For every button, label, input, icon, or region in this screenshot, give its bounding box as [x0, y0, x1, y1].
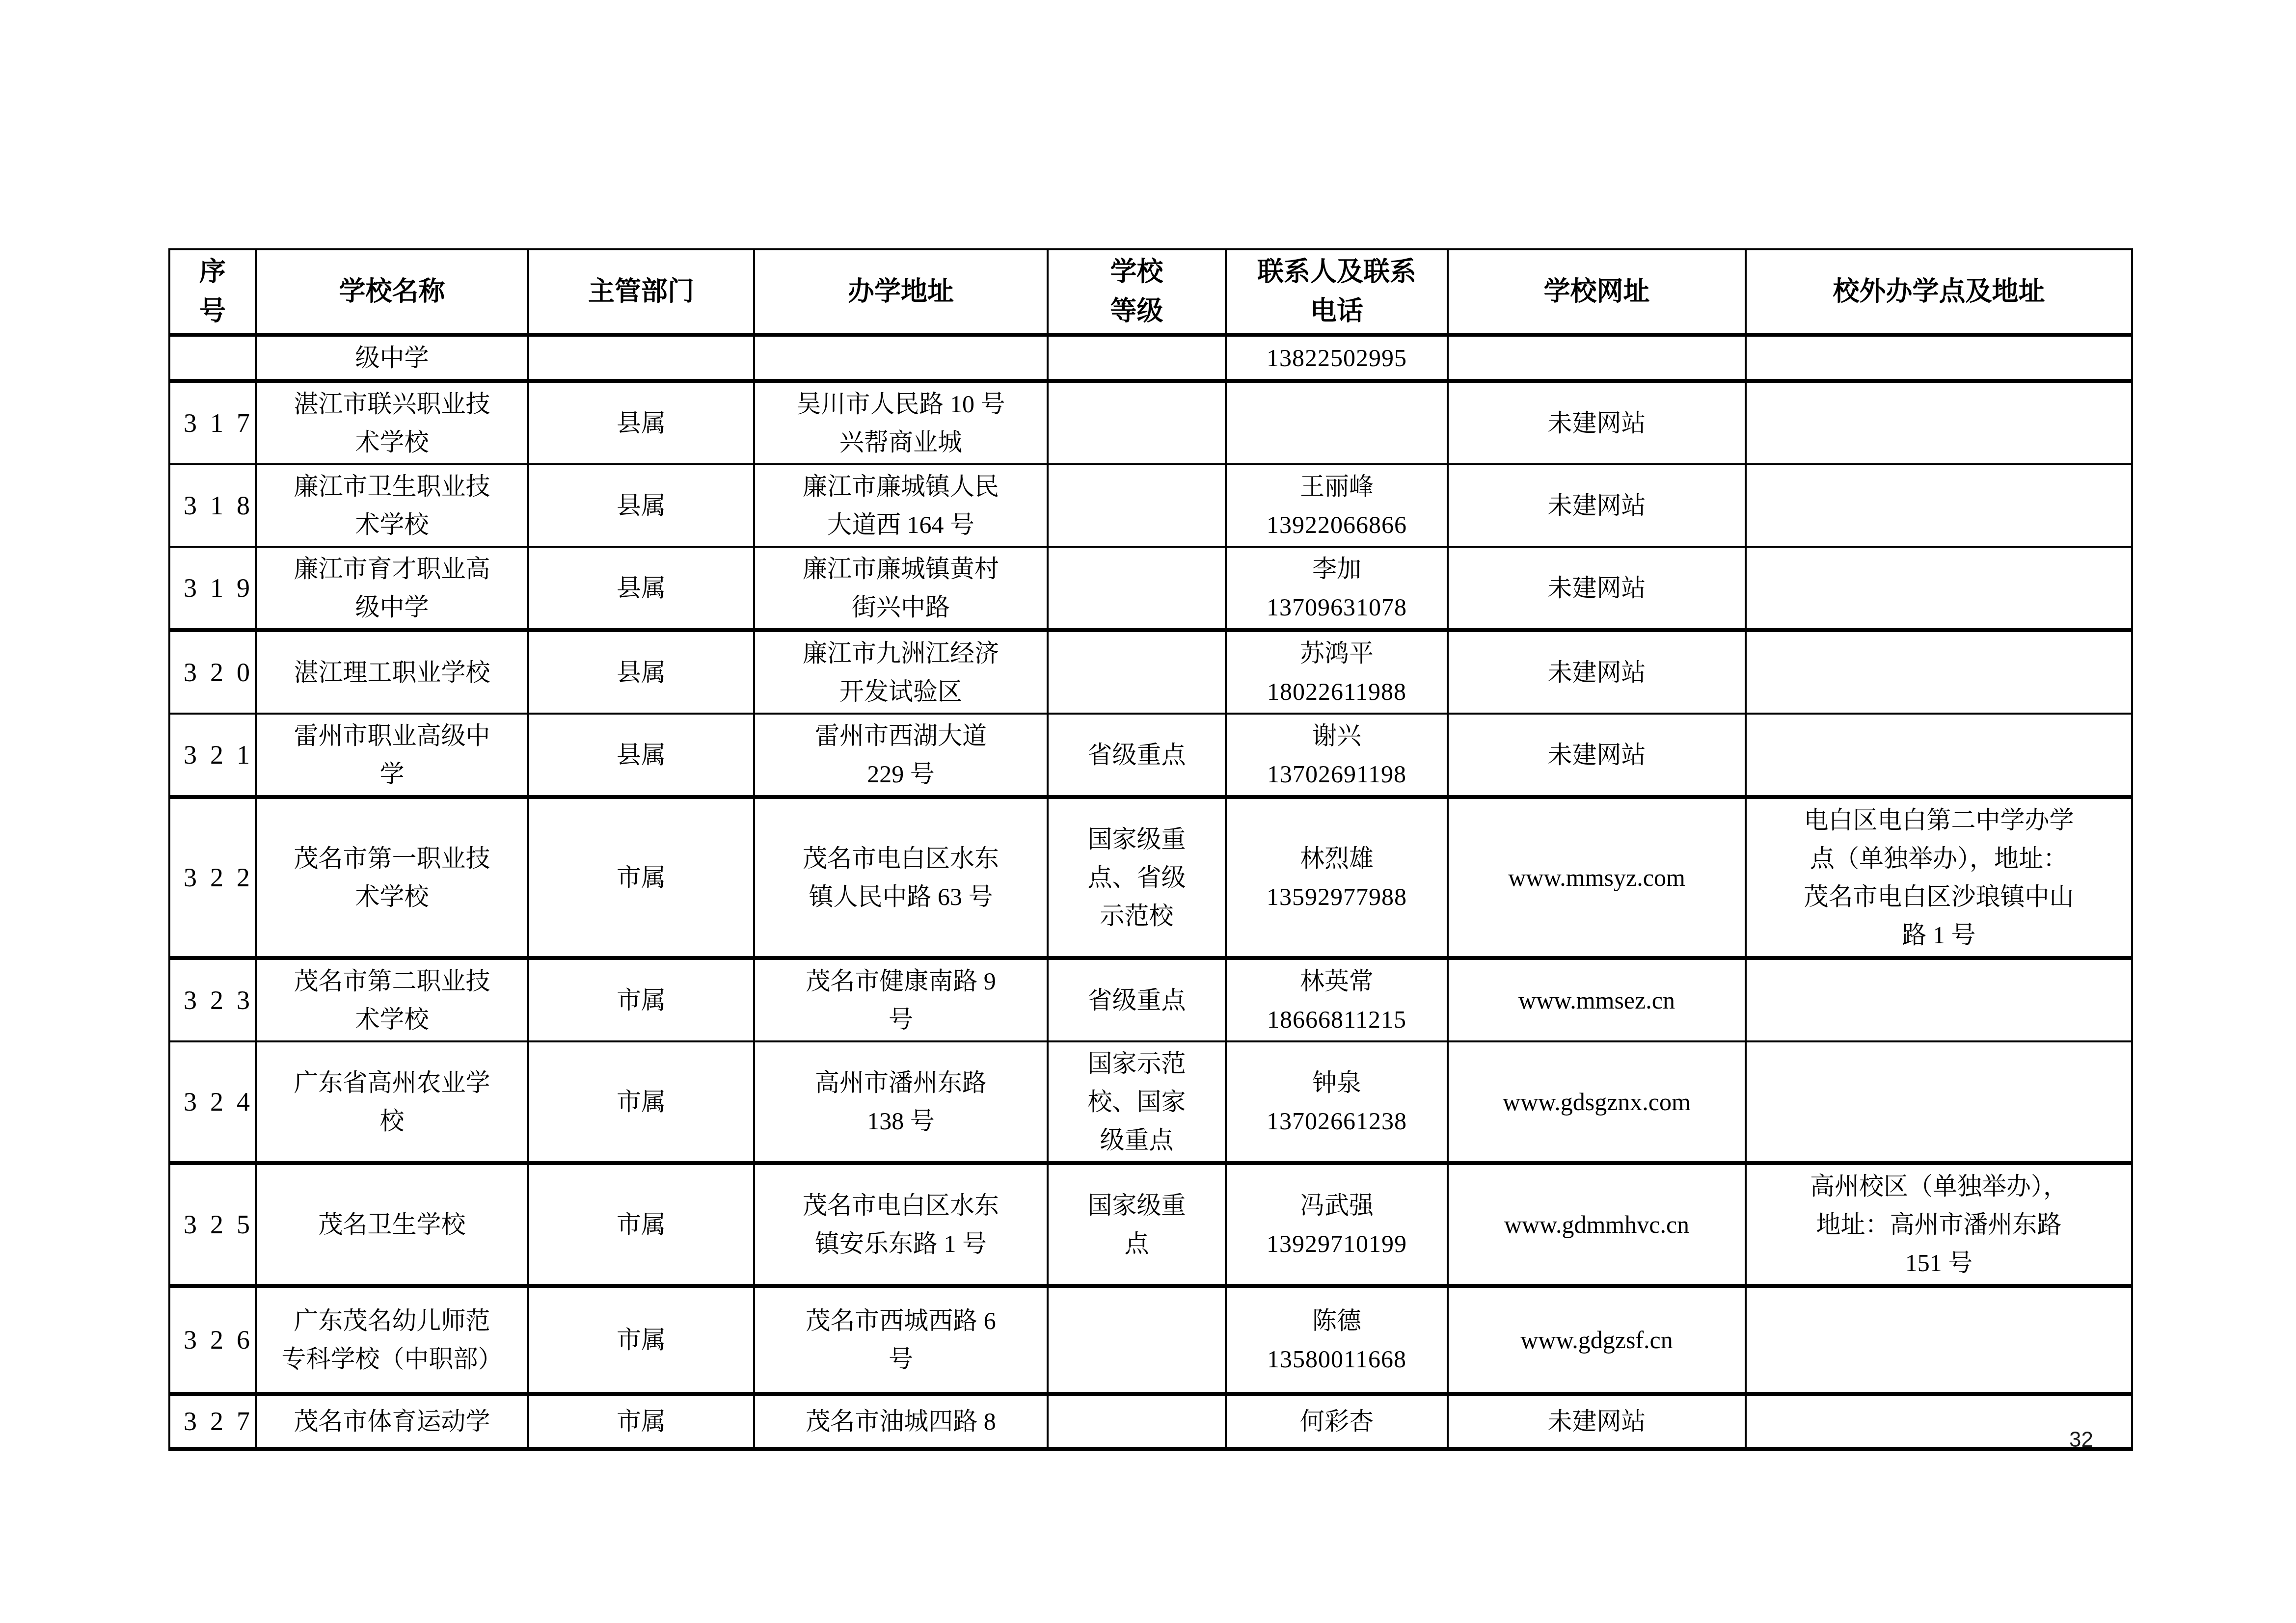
cell-seq: 317	[169, 381, 256, 464]
cell-school-name: 廉江市育才职业高 级中学	[256, 547, 528, 630]
cell-website: 未建网站	[1448, 381, 1746, 464]
cell-offsite	[1746, 335, 2132, 381]
cell-dept: 市属	[528, 1394, 754, 1449]
cell-contact: 何彩杏	[1226, 1394, 1448, 1449]
cell-website: 未建网站	[1448, 714, 1746, 797]
cell-offsite	[1746, 630, 2132, 714]
school-list-table: 序 号 学校名称 主管部门 办学地址 学校 等级 联系人及联系 电话 学校网址 …	[168, 248, 2133, 1451]
table-row: 323 茂名市第二职业技 术学校 市属 茂名市健康南路 9 号 省级重点 林英常…	[169, 958, 2132, 1041]
contact-phone: 13929710199	[1233, 1224, 1441, 1263]
contact-name: 陈德	[1233, 1302, 1441, 1340]
contact-phone: 13709631078	[1233, 588, 1441, 626]
contact-name: 钟泉	[1233, 1064, 1441, 1102]
cell-offsite	[1746, 714, 2132, 797]
cell-address: 雷州市西湖大道 229 号	[754, 714, 1048, 797]
table-row: 326 广东茂名幼儿师范 专科学校（中职部） 市属 茂名市西城西路 6 号 陈德…	[169, 1286, 2132, 1394]
cell-website: www.gdmmhvc.cn	[1448, 1163, 1746, 1286]
cell-level: 省级重点	[1048, 958, 1226, 1041]
cell-level	[1048, 630, 1226, 714]
cell-school-name: 湛江市联兴职业技 术学校	[256, 381, 528, 464]
cell-school-name: 廉江市卫生职业技 术学校	[256, 464, 528, 547]
cell-school-name: 茂名市体育运动学	[256, 1394, 528, 1449]
table-row: 级中学 13822502995	[169, 335, 2132, 381]
cell-level: 国家级重 点	[1048, 1163, 1226, 1286]
page-number: 32	[2069, 1427, 2093, 1453]
cell-offsite	[1746, 1286, 2132, 1394]
cell-address: 吴川市人民路 10 号 兴帮商业城	[754, 381, 1048, 464]
contact-phone: 13822502995	[1233, 339, 1441, 377]
cell-website	[1448, 335, 1746, 381]
cell-school-name: 茂名市第二职业技 术学校	[256, 958, 528, 1041]
cell-dept: 县属	[528, 547, 754, 630]
cell-dept: 县属	[528, 381, 754, 464]
cell-level	[1048, 464, 1226, 547]
cell-offsite	[1746, 464, 2132, 547]
header-offsite: 校外办学点及地址	[1746, 249, 2132, 335]
cell-website: 未建网站	[1448, 630, 1746, 714]
cell-contact: 冯武强13929710199	[1226, 1163, 1448, 1286]
cell-contact: 苏鸿平18022611988	[1226, 630, 1448, 714]
header-seq: 序 号	[169, 249, 256, 335]
cell-contact: 谢兴13702691198	[1226, 714, 1448, 797]
cell-dept: 县属	[528, 714, 754, 797]
cell-seq: 321	[169, 714, 256, 797]
table-row: 318 廉江市卫生职业技 术学校 县属 廉江市廉城镇人民 大道西 164 号 王…	[169, 464, 2132, 547]
cell-address: 廉江市九洲江经济 开发试验区	[754, 630, 1048, 714]
header-address: 办学地址	[754, 249, 1048, 335]
contact-phone: 13592977988	[1233, 878, 1441, 916]
cell-school-name: 雷州市职业高级中 学	[256, 714, 528, 797]
cell-dept: 市属	[528, 797, 754, 958]
cell-seq: 320	[169, 630, 256, 714]
cell-website: www.mmsez.cn	[1448, 958, 1746, 1041]
contact-name: 何彩杏	[1233, 1402, 1441, 1440]
contact-phone: 13922066866	[1233, 506, 1441, 544]
cell-website: 未建网站	[1448, 547, 1746, 630]
cell-address	[754, 335, 1048, 381]
cell-seq: 324	[169, 1041, 256, 1163]
cell-offsite	[1746, 547, 2132, 630]
cell-seq: 323	[169, 958, 256, 1041]
cell-dept: 市属	[528, 1041, 754, 1163]
cell-offsite	[1746, 381, 2132, 464]
cell-address: 廉江市廉城镇黄村 街兴中路	[754, 547, 1048, 630]
cell-dept: 市属	[528, 1163, 754, 1286]
cell-contact: 13822502995	[1226, 335, 1448, 381]
cell-website: 未建网站	[1448, 1394, 1746, 1449]
header-contact: 联系人及联系 电话	[1226, 249, 1448, 335]
cell-level: 国家级重 点、省级 示范校	[1048, 797, 1226, 958]
cell-seq: 325	[169, 1163, 256, 1286]
cell-contact: 李加13709631078	[1226, 547, 1448, 630]
contact-name: 冯武强	[1233, 1186, 1441, 1224]
contact-name: 李加	[1233, 550, 1441, 588]
cell-website: www.mmsyz.com	[1448, 797, 1746, 958]
cell-dept: 市属	[528, 1286, 754, 1394]
table-row: 320 湛江理工职业学校 县属 廉江市九洲江经济 开发试验区 苏鸿平180226…	[169, 630, 2132, 714]
table-row: 325 茂名卫生学校 市属 茂名市电白区水东 镇安乐东路 1 号 国家级重 点 …	[169, 1163, 2132, 1286]
cell-website: www.gdsgznx.com	[1448, 1041, 1746, 1163]
contact-name: 林英常	[1233, 962, 1441, 1000]
cell-dept	[528, 335, 754, 381]
cell-offsite: 电白区电白第二中学办学 点（单独举办），地址： 茂名市电白区沙琅镇中山 路 1 …	[1746, 797, 2132, 958]
document-page: 序 号 学校名称 主管部门 办学地址 学校 等级 联系人及联系 电话 学校网址 …	[0, 0, 2296, 1623]
cell-offsite	[1746, 1041, 2132, 1163]
cell-level	[1048, 1394, 1226, 1449]
cell-level	[1048, 1286, 1226, 1394]
table-row: 317 湛江市联兴职业技 术学校 县属 吴川市人民路 10 号 兴帮商业城 未建…	[169, 381, 2132, 464]
cell-level	[1048, 335, 1226, 381]
cell-offsite: 高州校区（单独举办）， 地址：高州市潘州东路 151 号	[1746, 1163, 2132, 1286]
contact-phone: 13702691198	[1233, 755, 1441, 793]
contact-phone: 13702661238	[1233, 1102, 1441, 1140]
header-dept: 主管部门	[528, 249, 754, 335]
cell-contact: 钟泉13702661238	[1226, 1041, 1448, 1163]
cell-address: 茂名市电白区水东 镇人民中路 63 号	[754, 797, 1048, 958]
cell-contact	[1226, 381, 1448, 464]
cell-dept: 县属	[528, 630, 754, 714]
cell-school-name: 广东茂名幼儿师范 专科学校（中职部）	[256, 1286, 528, 1394]
table-row: 324 广东省高州农业学 校 市属 高州市潘州东路 138 号 国家示范 校、国…	[169, 1041, 2132, 1163]
cell-seq: 318	[169, 464, 256, 547]
cell-level	[1048, 381, 1226, 464]
cell-address: 茂名市电白区水东 镇安乐东路 1 号	[754, 1163, 1048, 1286]
cell-seq: 326	[169, 1286, 256, 1394]
cell-seq: 322	[169, 797, 256, 958]
contact-name: 苏鸿平	[1233, 634, 1441, 672]
cell-school-name: 茂名市第一职业技 术学校	[256, 797, 528, 958]
contact-phone: 18022611988	[1233, 672, 1441, 711]
header-website: 学校网址	[1448, 249, 1746, 335]
cell-address: 廉江市廉城镇人民 大道西 164 号	[754, 464, 1048, 547]
contact-phone: 13580011668	[1233, 1340, 1441, 1378]
cell-address: 茂名市西城西路 6 号	[754, 1286, 1048, 1394]
cell-contact: 陈德13580011668	[1226, 1286, 1448, 1394]
cell-level	[1048, 547, 1226, 630]
cell-school-name: 广东省高州农业学 校	[256, 1041, 528, 1163]
cell-seq: 319	[169, 547, 256, 630]
cell-offsite	[1746, 958, 2132, 1041]
contact-phone: 18666811215	[1233, 1000, 1441, 1038]
table-header-row: 序 号 学校名称 主管部门 办学地址 学校 等级 联系人及联系 电话 学校网址 …	[169, 249, 2132, 335]
cell-address: 茂名市健康南路 9 号	[754, 958, 1048, 1041]
cell-school-name: 级中学	[256, 335, 528, 381]
cell-contact: 林英常18666811215	[1226, 958, 1448, 1041]
cell-school-name: 茂名卫生学校	[256, 1163, 528, 1286]
contact-name: 王丽峰	[1233, 467, 1441, 506]
contact-name: 谢兴	[1233, 717, 1441, 755]
cell-level: 国家示范 校、国家 级重点	[1048, 1041, 1226, 1163]
table-row: 321 雷州市职业高级中 学 县属 雷州市西湖大道 229 号 省级重点 谢兴1…	[169, 714, 2132, 797]
contact-name: 林烈雄	[1233, 839, 1441, 878]
table-row: 319 廉江市育才职业高 级中学 县属 廉江市廉城镇黄村 街兴中路 李加1370…	[169, 547, 2132, 630]
cell-website: www.gdgzsf.cn	[1448, 1286, 1746, 1394]
header-level: 学校 等级	[1048, 249, 1226, 335]
cell-dept: 市属	[528, 958, 754, 1041]
cell-contact: 林烈雄13592977988	[1226, 797, 1448, 958]
cell-seq	[169, 335, 256, 381]
cell-level: 省级重点	[1048, 714, 1226, 797]
cell-dept: 县属	[528, 464, 754, 547]
table-row: 322 茂名市第一职业技 术学校 市属 茂名市电白区水东 镇人民中路 63 号 …	[169, 797, 2132, 958]
cell-website: 未建网站	[1448, 464, 1746, 547]
cell-contact: 王丽峰13922066866	[1226, 464, 1448, 547]
table-row: 327 茂名市体育运动学 市属 茂名市油城四路 8 何彩杏 未建网站	[169, 1394, 2132, 1449]
header-school-name: 学校名称	[256, 249, 528, 335]
cell-school-name: 湛江理工职业学校	[256, 630, 528, 714]
cell-seq: 327	[169, 1394, 256, 1449]
cell-address: 茂名市油城四路 8	[754, 1394, 1048, 1449]
cell-address: 高州市潘州东路 138 号	[754, 1041, 1048, 1163]
